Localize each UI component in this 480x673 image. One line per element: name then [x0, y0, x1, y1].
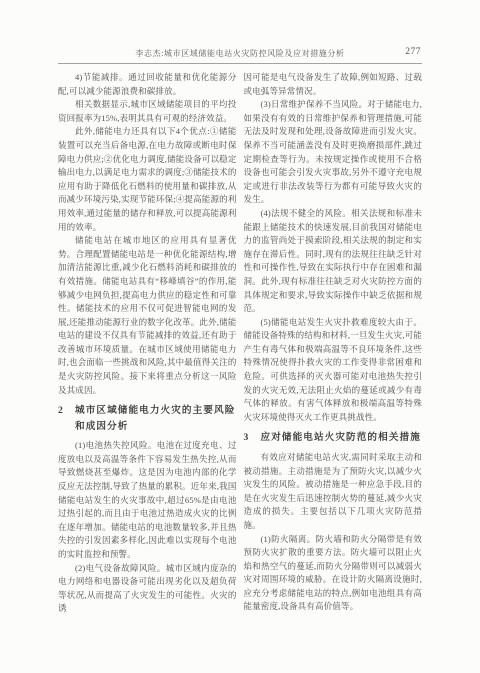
paragraph: (1)防火隔离。防火墙和防火分隔带是有效预防火灾扩散的重要方法。防火墙可以阻止火…: [244, 533, 423, 615]
document-page: 李志杰:城市区域储能电站火灾防控风险及应对措施分析 277 4)节能减排。通过回…: [0, 0, 480, 673]
paragraph: (4)法规不健全的风险。相关法规和标准未能跟上储能技术的快速发展,目前我国对储能…: [244, 207, 423, 316]
paragraph-continuation: 因可能是电气设备发生了故障,例如短路、过载或电弧等异常情况。: [244, 71, 423, 98]
section-3-heading: 3应对储能电站火灾防范的相关措施: [244, 430, 423, 446]
section-2-number: 2: [58, 403, 75, 419]
paragraph: (1)电池热失控风险。电池在过度充电、过度放电以及高温等条件下容易发生热失控,从…: [58, 439, 237, 561]
paragraph: 储能电站在城市地区的应用具有显著优势。合理配置储能电站是一种优化能源结构,增加清…: [58, 234, 237, 397]
paragraph: (3)日常维护保养不当风险。对于储能电力,如果没有有效的日常维护保养和管理措施,…: [244, 98, 423, 207]
left-column: 4)节能减排。通过回收能量和优化能源分配,可以减少能源浪费和碳排放。 相关数据显…: [58, 71, 237, 616]
page-number: 277: [405, 47, 421, 57]
section-3-title: 应对储能电站火灾防范的相关措施: [261, 432, 421, 443]
paragraph: 此外,储能电力还具有以下4个优点:①储能装置可以充当后备电源,在电力故障或断电时…: [58, 125, 237, 234]
right-column: 因可能是电气设备发生了故障,例如短路、过载或电弧等异常情况。 (3)日常维护保养…: [244, 71, 423, 616]
body-columns: 4)节能减排。通过回收能量和优化能源分配,可以减少能源浪费和碳排放。 相关数据显…: [58, 71, 422, 616]
page-header: 李志杰:城市区域储能电站火灾防控风险及应对措施分析 277: [58, 47, 422, 60]
paragraph: 4)节能减排。通过回收能量和优化能源分配,可以减少能源浪费和碳排放。: [58, 71, 237, 98]
paragraph: (5)储能电站发生火灾扑救难度较大由于。储能设备特殊的结构和材料,一旦发生火灾,…: [244, 316, 423, 425]
section-2-title: 城市区域储能电力火灾的主要风险和成因分析: [75, 405, 235, 432]
section-3-number: 3: [244, 430, 261, 446]
running-title: 李志杰:城市区域储能电站火灾防控风险及应对措施分析: [135, 48, 344, 59]
paragraph: 有效应对储能电站火灾,需同时采取主动和被动措施。主动措施是为了预防火灾,以减少火…: [244, 451, 423, 533]
paragraph: (2)电气设备故障风险。城市区域内庞杂的电力网络和电器设备可能出现劣化以及超负荷…: [58, 562, 237, 616]
header-rule: [58, 63, 422, 64]
section-2-heading: 2城市区域储能电力火灾的主要风险和成因分析: [58, 403, 237, 434]
paragraph: 相关数据显示,城市区域储能项目的平均投资回报率为15%,表明其具有可观的经济效益…: [58, 98, 237, 125]
